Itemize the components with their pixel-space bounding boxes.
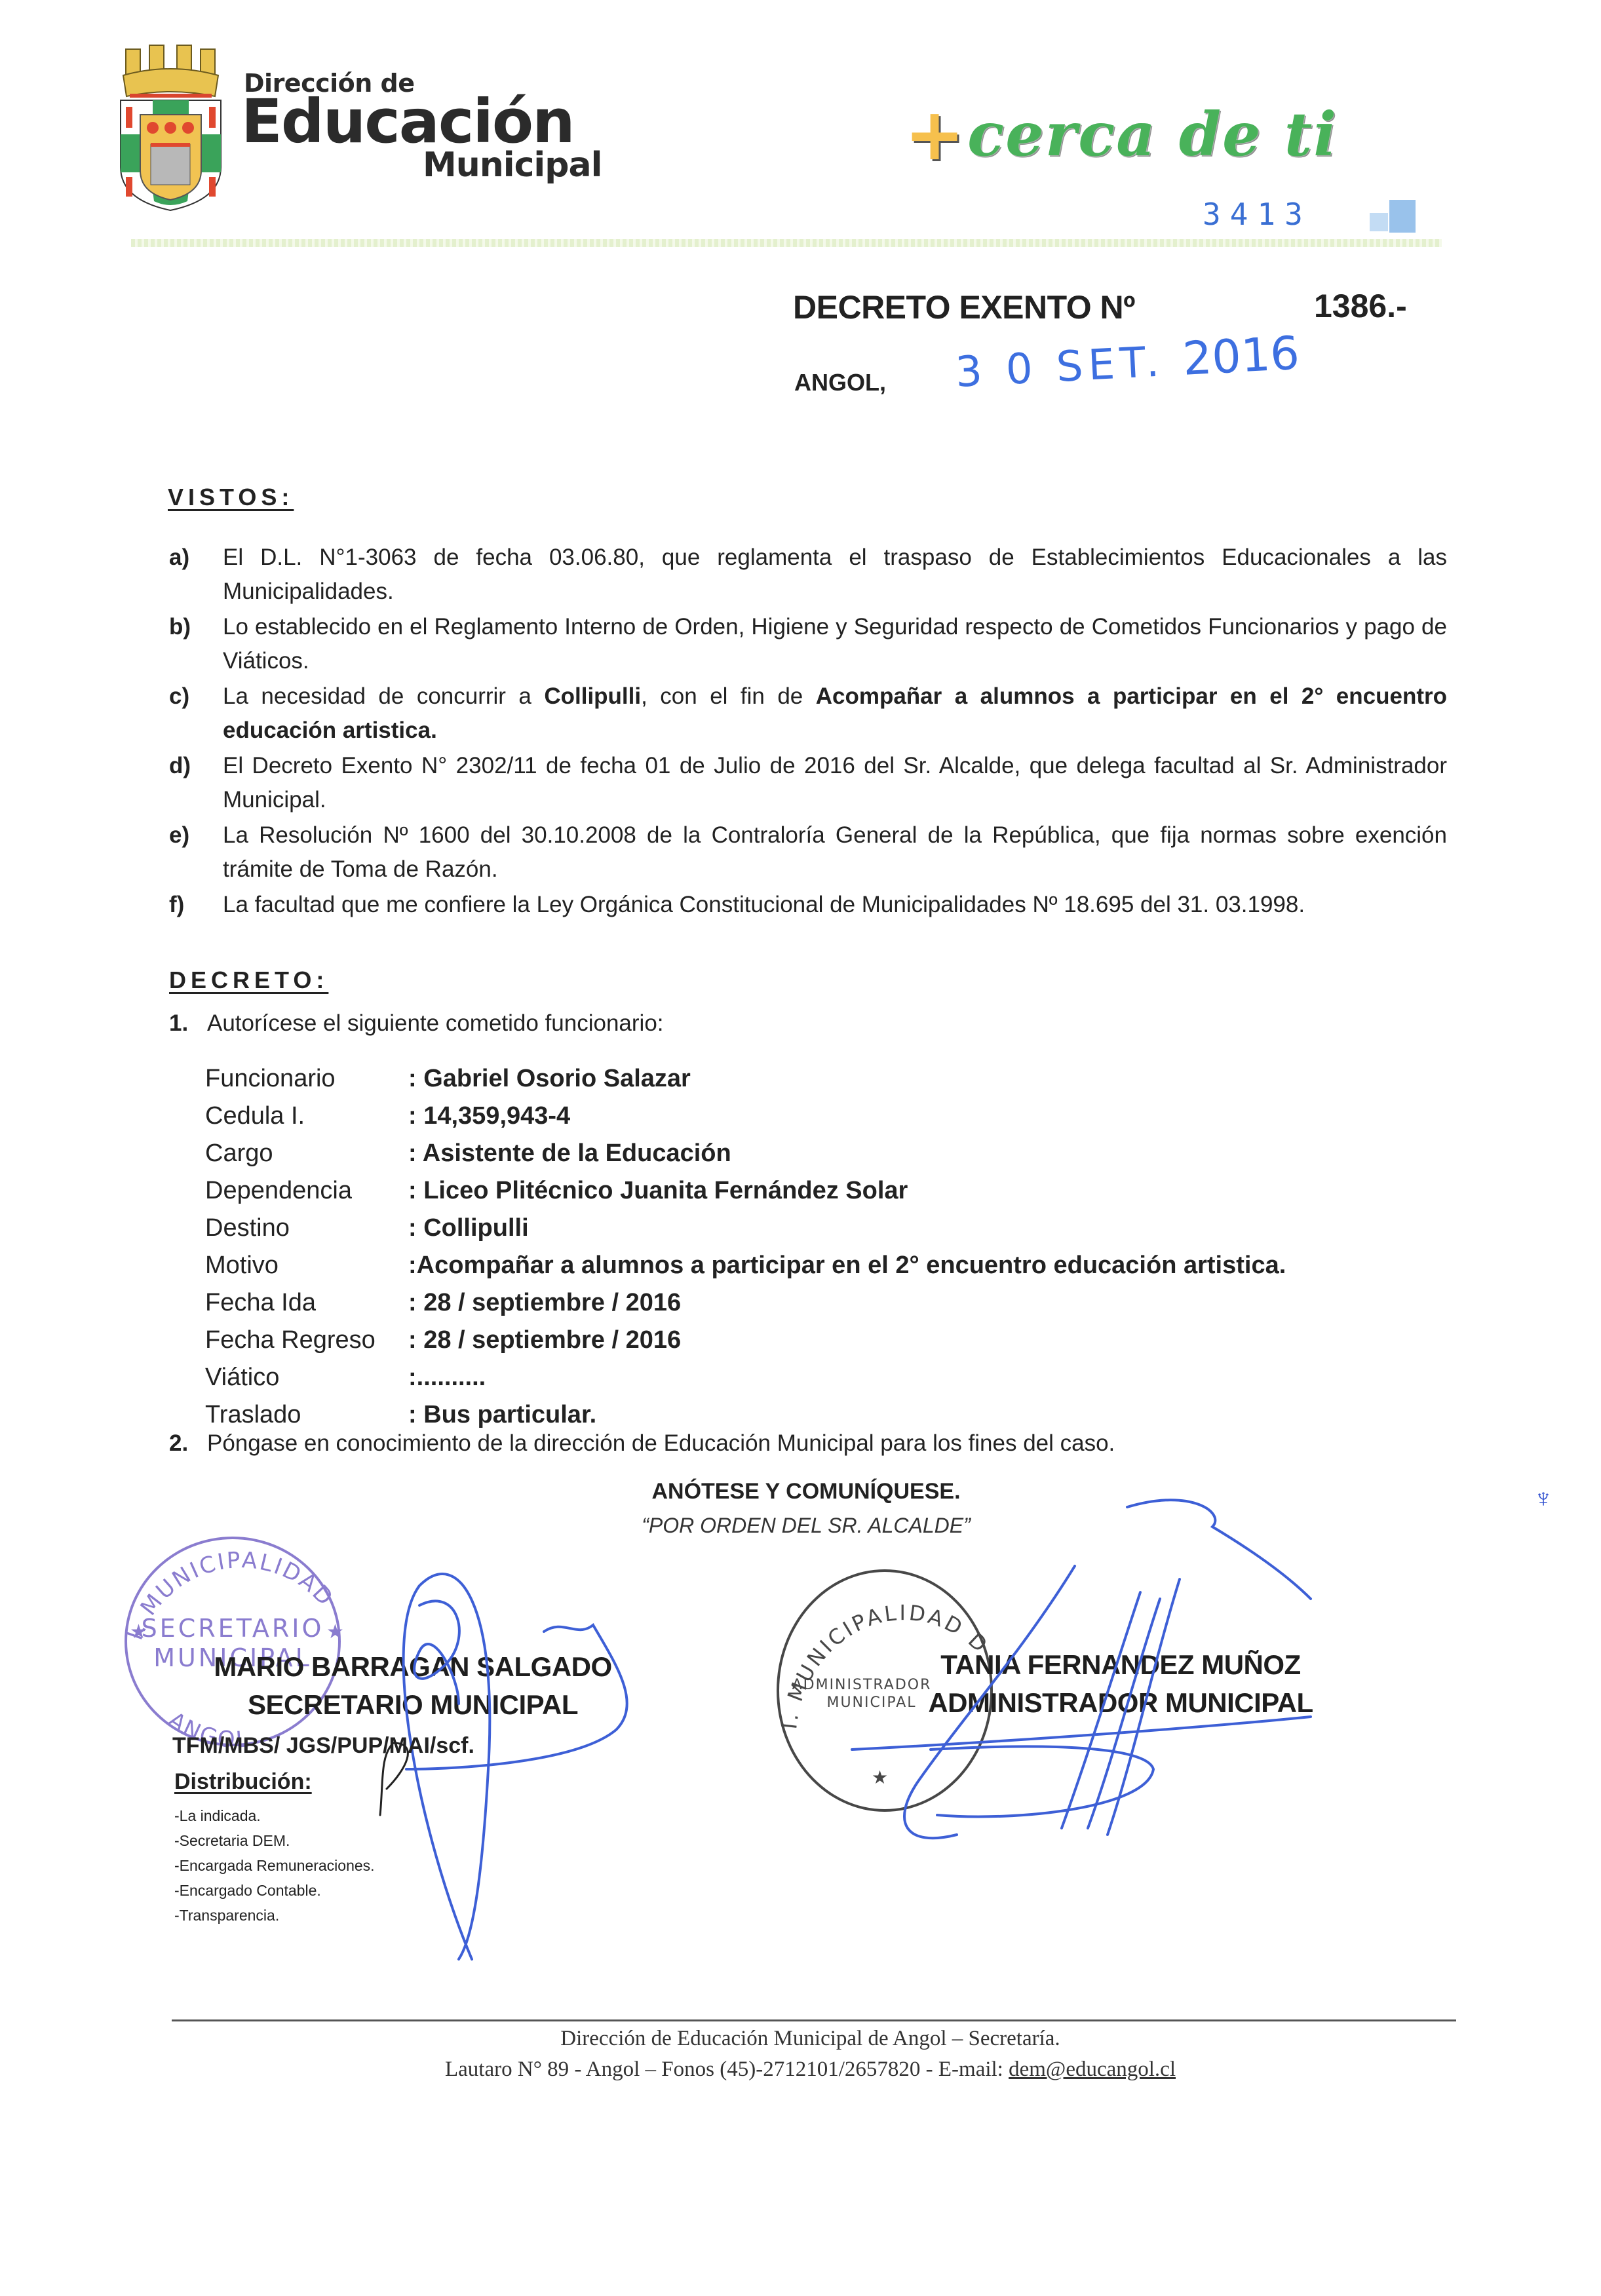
decree-number: 1386.- (1314, 287, 1407, 325)
footer-office: Dirección de Educación Municipal de Ango… (0, 2027, 1601, 2051)
destination-bold: Collipulli (544, 683, 641, 709)
step-text: Autorícese el siguiente cometido funcion… (207, 1010, 664, 1037)
detail-value: : Asistente de la Educación (408, 1135, 731, 1172)
detail-row: Viático:.......... (205, 1359, 1286, 1396)
vistos-item-label: b) (169, 610, 223, 678)
stamp-smudge (1370, 213, 1388, 231)
decreto-step-2: 2. Póngase en conocimiento de la direcci… (169, 1430, 1115, 1457)
step-text: Póngase en conocimiento de la dirección … (207, 1430, 1115, 1457)
vistos-item: f) La facultad que me confiere la Ley Or… (169, 888, 1447, 922)
decreto-step-1: 1. Autorícese el siguiente cometido func… (169, 1010, 664, 1037)
footer-email-link[interactable]: dem@educangol.cl (1009, 2057, 1176, 2081)
signature-left (404, 1574, 490, 1959)
vistos-item-text: El Decreto Exento N° 2302/11 de fecha 01… (223, 749, 1447, 817)
vistos-item-text: La necesidad de concurrir a Collipulli, … (223, 679, 1447, 748)
plus-icon: + (904, 98, 965, 170)
vistos-item: a) El D.L. N°1-3063 de fecha 03.06.80, q… (169, 541, 1447, 609)
detail-key: Dependencia (205, 1172, 408, 1210)
footer-divider (172, 2019, 1456, 2021)
vistos-item: e) La Resolución Nº 1600 del 30.10.2008 … (169, 818, 1447, 887)
detail-value: : Liceo Plitécnico Juanita Fernández Sol… (408, 1172, 908, 1210)
vistos-item-label: e) (169, 818, 223, 887)
coat-of-arms-icon (117, 36, 225, 213)
date-stamp-year: 2016 (1182, 326, 1301, 386)
step-number: 1. (169, 1010, 207, 1037)
footer-contact: Lautaro N° 89 - Angol – Fonos (45)-27121… (0, 2057, 1601, 2082)
signer-name: MARIO BARRAGAN SALGADO (157, 1648, 668, 1686)
signer-title: SECRETARIO MUNICIPAL (157, 1686, 668, 1724)
distribution-heading: Distribución: (174, 1769, 312, 1795)
detail-value: : 28 / septiembre / 2016 (408, 1284, 681, 1322)
date-stamp-day: 3 0 SET. (954, 337, 1165, 397)
detail-value: : Bus particular. (408, 1396, 596, 1434)
reference-initials: TFM/MBS/ JGS/PUP/MAI/scf. (172, 1733, 474, 1759)
date-stamp: 3 0 SET. 2016 (954, 326, 1301, 398)
closing-anotese: ANÓTESE Y COMUNÍQUESE. (646, 1479, 967, 1504)
detail-key: Viático (205, 1359, 408, 1396)
vistos-item: d) El Decreto Exento N° 2302/11 de fecha… (169, 749, 1447, 817)
detail-key: Cargo (205, 1135, 408, 1172)
distribution-item: -Encargado Contable. (174, 1878, 375, 1903)
step-number: 2. (169, 1430, 207, 1457)
detail-value: : 28 / septiembre / 2016 (408, 1322, 681, 1359)
detail-value: : Gabriel Osorio Salazar (408, 1060, 691, 1098)
detail-key: Destino (205, 1210, 408, 1247)
detail-row: Dependencia: Liceo Plitécnico Juanita Fe… (205, 1172, 1286, 1210)
vistos-heading: VISTOS: (168, 484, 294, 511)
detail-key: Motivo (205, 1247, 408, 1284)
distribution-item: -Secretaria DEM. (174, 1828, 375, 1853)
detail-key: Cedula I. (205, 1098, 408, 1135)
detail-key: Funcionario (205, 1060, 408, 1098)
detail-value: : 14,359,943-4 (408, 1098, 570, 1135)
detail-value: : Collipulli (408, 1210, 529, 1247)
detail-value: :.......... (408, 1359, 486, 1396)
stamp-smudge (1389, 200, 1416, 233)
detail-value: :Acompañar a alumnos a participar en el … (408, 1247, 1286, 1284)
vistos-item-label: c) (169, 679, 223, 748)
slogan-text: cerca de ti (967, 104, 1338, 164)
detail-row: Destino: Collipulli (205, 1210, 1286, 1247)
text-run: La necesidad de concurrir a (223, 683, 544, 709)
signer-name: TANIA FERNANDEZ MUÑOZ (852, 1646, 1389, 1684)
vistos-item-label: a) (169, 541, 223, 609)
text-run: , con el fin de (641, 683, 816, 709)
distribution-item: -La indicada. (174, 1803, 375, 1828)
decree-title: DECRETO EXENTO Nº (793, 288, 1135, 326)
detail-key: Fecha Regreso (205, 1322, 408, 1359)
signer-administrator: TANIA FERNANDEZ MUÑOZ ADMINISTRADOR MUNI… (852, 1646, 1389, 1722)
vistos-item: b) Lo establecido en el Reglamento Inter… (169, 610, 1447, 678)
header-divider (131, 239, 1442, 247)
distribution-item: -Transparencia. (174, 1903, 375, 1928)
decree-city: ANGOL, (794, 369, 886, 396)
folio-stamp: 3413 (1203, 197, 1312, 232)
detail-row: Motivo:Acompañar a alumnos a participar … (205, 1247, 1286, 1284)
detail-row: Fecha Regreso: 28 / septiembre / 2016 (205, 1322, 1286, 1359)
detail-key: Fecha Ida (205, 1284, 408, 1322)
decreto-heading: DECRETO: (169, 966, 328, 994)
distribution-list: -La indicada. -Secretaria DEM. -Encargad… (174, 1803, 375, 1928)
vistos-list: a) El D.L. N°1-3063 de fecha 03.06.80, q… (169, 541, 1447, 923)
vistos-item-text: Lo establecido en el Reglamento Interno … (223, 610, 1447, 678)
commission-details: Funcionario: Gabriel Osorio Salazar Cedu… (205, 1060, 1286, 1434)
vistos-item: c) La necesidad de concurrir a Collipull… (169, 679, 1447, 748)
detail-row: Traslado: Bus particular. (205, 1396, 1286, 1434)
closing-por-orden: “POR ORDEN DEL SR. ALCALDE” (636, 1514, 976, 1538)
vistos-item-text: El D.L. N°1-3063 de fecha 03.06.80, que … (223, 541, 1447, 609)
ink-mark-icon: ♆ (1533, 1484, 1553, 1514)
vistos-item-label: d) (169, 749, 223, 817)
brand-line-3: Municipal (423, 145, 602, 185)
vistos-item-label: f) (169, 888, 223, 922)
signer-title: ADMINISTRADOR MUNICIPAL (852, 1684, 1389, 1722)
signer-secretary: MARIO BARRAGAN SALGADO SECRETARIO MUNICI… (157, 1648, 668, 1724)
footer-address: Lautaro N° 89 - Angol – Fonos (45)-27121… (445, 2057, 1009, 2081)
detail-row: Cargo: Asistente de la Educación (205, 1135, 1286, 1172)
detail-row: Cedula I.: 14,359,943-4 (205, 1098, 1286, 1135)
detail-row: Funcionario: Gabriel Osorio Salazar (205, 1060, 1286, 1098)
brand-line-2: Educación (241, 88, 574, 155)
vistos-item-text: La facultad que me confiere la Ley Orgán… (223, 888, 1447, 922)
vistos-item-text: La Resolución Nº 1600 del 30.10.2008 de … (223, 818, 1447, 887)
detail-row: Fecha Ida: 28 / septiembre / 2016 (205, 1284, 1286, 1322)
detail-key: Traslado (205, 1396, 408, 1434)
distribution-item: -Encargada Remuneraciones. (174, 1853, 375, 1878)
slogan: + cerca de ti (904, 98, 1338, 170)
